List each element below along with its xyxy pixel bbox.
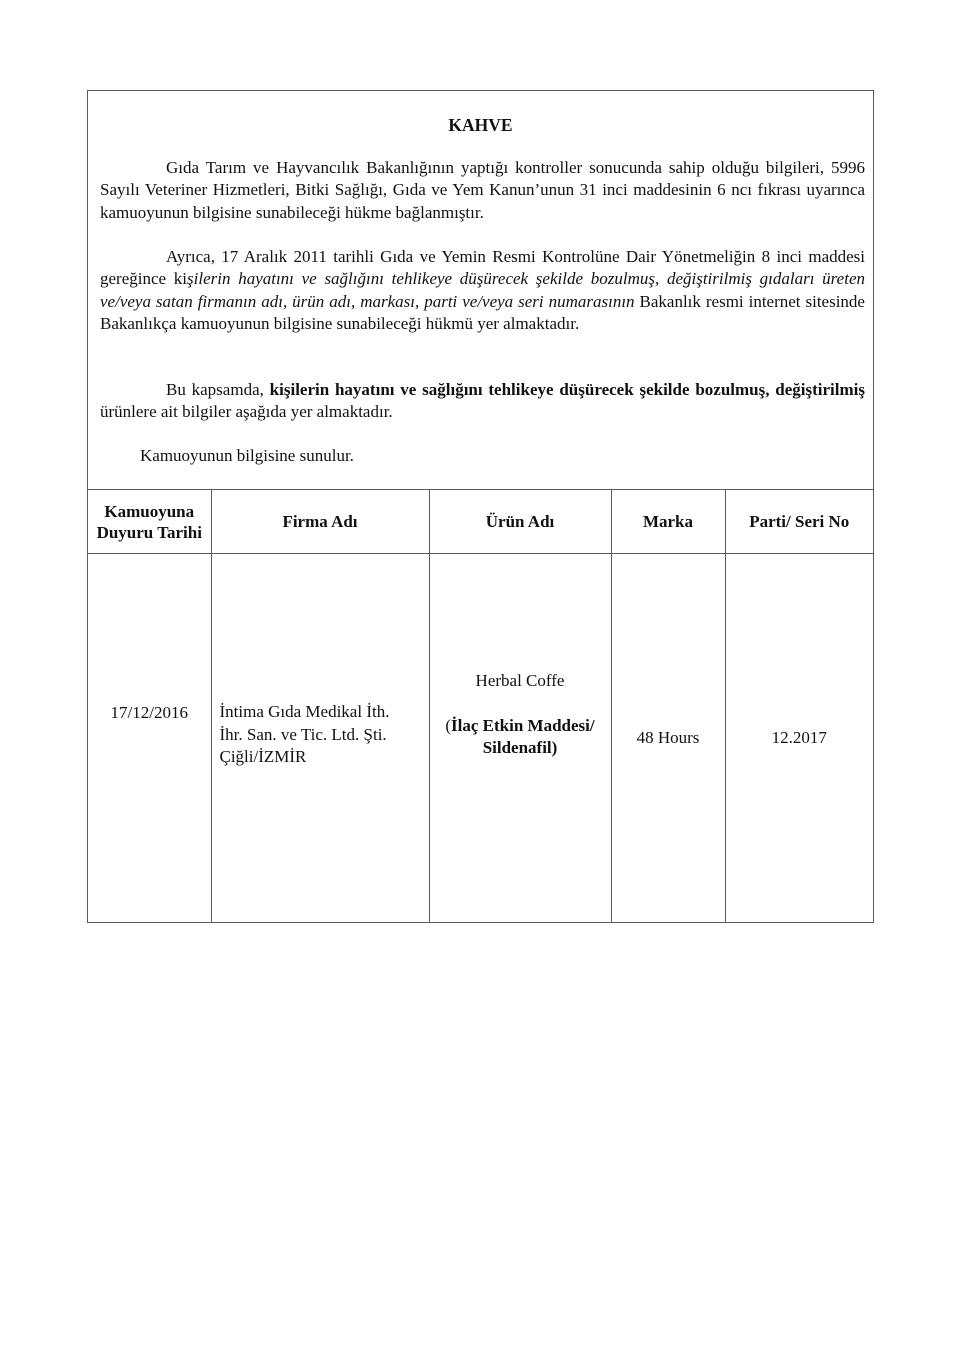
paragraph-scope-lead: Bu kapsamda,	[166, 380, 270, 399]
header-batch-no: Parti/ Seri No	[725, 490, 873, 554]
cell-product: Herbal Coffe (İlaç Etkin Maddesi/ Silden…	[429, 554, 611, 923]
product-active-ingredient-text: İlaç Etkin Maddesi/ Sildenafil)	[451, 716, 595, 757]
paragraph-scope-tail: ürünlere ait bilgiler aşağıda yer almakt…	[100, 402, 393, 421]
header-product-name: Ürün Adı	[429, 490, 611, 554]
batch-number: 12.2017	[772, 728, 827, 747]
document-title: KAHVE	[88, 115, 873, 136]
header-brand: Marka	[611, 490, 725, 554]
firm-name-line-1: İntima Gıda Medikal İth.	[220, 701, 421, 723]
products-table: Kamuoyuna Duyuru Tarihi Firma Adı Ürün A…	[88, 489, 873, 922]
table-row: 17/12/2016 İntima Gıda Medikal İth. İhr.…	[88, 554, 873, 923]
document-frame: KAHVE Gıda Tarım ve Hayvancılık Bakanlığ…	[87, 90, 874, 923]
firm-location: Çiğli/İZMİR	[220, 746, 421, 768]
paragraph-legal-basis: Gıda Tarım ve Hayvancılık Bakanlığının y…	[100, 157, 865, 224]
cell-date: 17/12/2016	[88, 554, 211, 923]
paragraph-legal-basis-text: Gıda Tarım ve Hayvancılık Bakanlığının y…	[100, 158, 865, 222]
brand-name: 48 Hours	[637, 728, 700, 747]
product-active-ingredient: (İlaç Etkin Maddesi/ Sildenafil)	[436, 715, 605, 760]
intro-section: KAHVE Gıda Tarım ve Hayvancılık Bakanlığ…	[88, 91, 873, 489]
cell-firm: İntima Gıda Medikal İth. İhr. San. ve Ti…	[211, 554, 429, 923]
paragraph-scope: Bu kapsamda, kişilerin hayatını ve sağlı…	[100, 379, 865, 424]
cell-batch: 12.2017	[725, 554, 873, 923]
paragraph-announcement: Kamuoyunun bilgisine sunulur.	[140, 445, 740, 467]
paragraph-scope-bold: kişilerin hayatını ve sağlığını tehlikey…	[270, 380, 865, 399]
paragraph-regulation: Ayrıca, 17 Aralık 2011 tarihli Gıda ve Y…	[100, 246, 865, 336]
table-header-row: Kamuoyuna Duyuru Tarihi Firma Adı Ürün A…	[88, 490, 873, 554]
header-firm-name: Firma Adı	[211, 490, 429, 554]
firm-name-line-2: İhr. San. ve Tic. Ltd. Şti.	[220, 724, 421, 746]
product-name: Herbal Coffe	[436, 670, 605, 692]
header-announcement-date: Kamuoyuna Duyuru Tarihi	[88, 490, 211, 554]
cell-brand: 48 Hours	[611, 554, 725, 923]
announcement-date: 17/12/2016	[94, 702, 205, 724]
